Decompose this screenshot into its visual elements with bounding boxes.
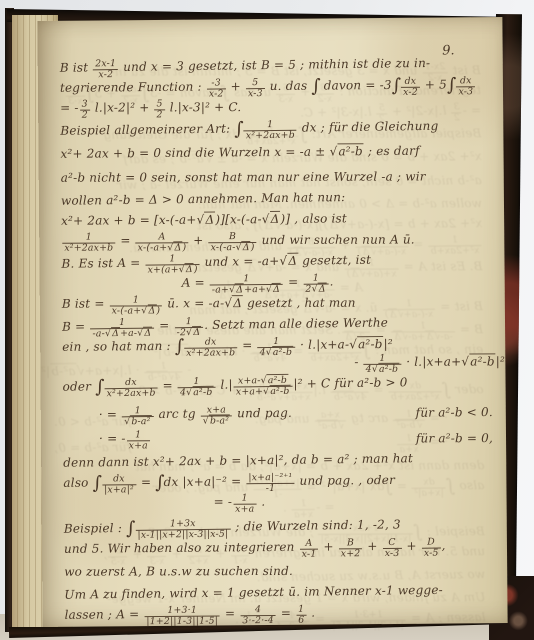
case-condition: für a²-b < 0.: [416, 402, 493, 424]
formula-arctan-case: · = 1√b-a² arc tg x+a√b-a² und pag.: [99, 403, 292, 428]
manuscript-line: x²+ 2ax + b = 0 sind die Wurzeln x = -a …: [60, 140, 492, 165]
manuscript-line: Beispiel allgemeinerer Art: ∫1x²+2ax+b d…: [60, 115, 492, 142]
manuscript-line: - 14√a²-b · l.|x+a+√a²-b|²: [354, 351, 494, 372]
formula-degenerate-case: · = -1x+a: [99, 428, 151, 451]
case-condition: für a²-b = 0,: [416, 428, 493, 449]
manuscript-page: B ist 2x-1x-2 und x = 3 gesetzt, ist B =…: [37, 17, 507, 627]
manuscript-content: B ist 2x-1x-2 und x = 3 gesetzt, ist B =…: [60, 53, 497, 626]
manuscript-line: oder ∫dxx²+2ax+b = 14√a²-b l.|x+a-√a²-bx…: [62, 371, 494, 398]
manuscript-line: · = 1√b-a² arc tg x+a√b-a² und pag. für …: [99, 402, 495, 426]
manuscript-line: A = 1-a+√Δ+a+√Δ = 12√Δ.: [182, 270, 494, 294]
manuscript-line: = -1x+a .: [214, 491, 496, 513]
book-photo: B ist 2x-1x-2 und x = 3 gesetzt, ist B =…: [0, 0, 534, 640]
